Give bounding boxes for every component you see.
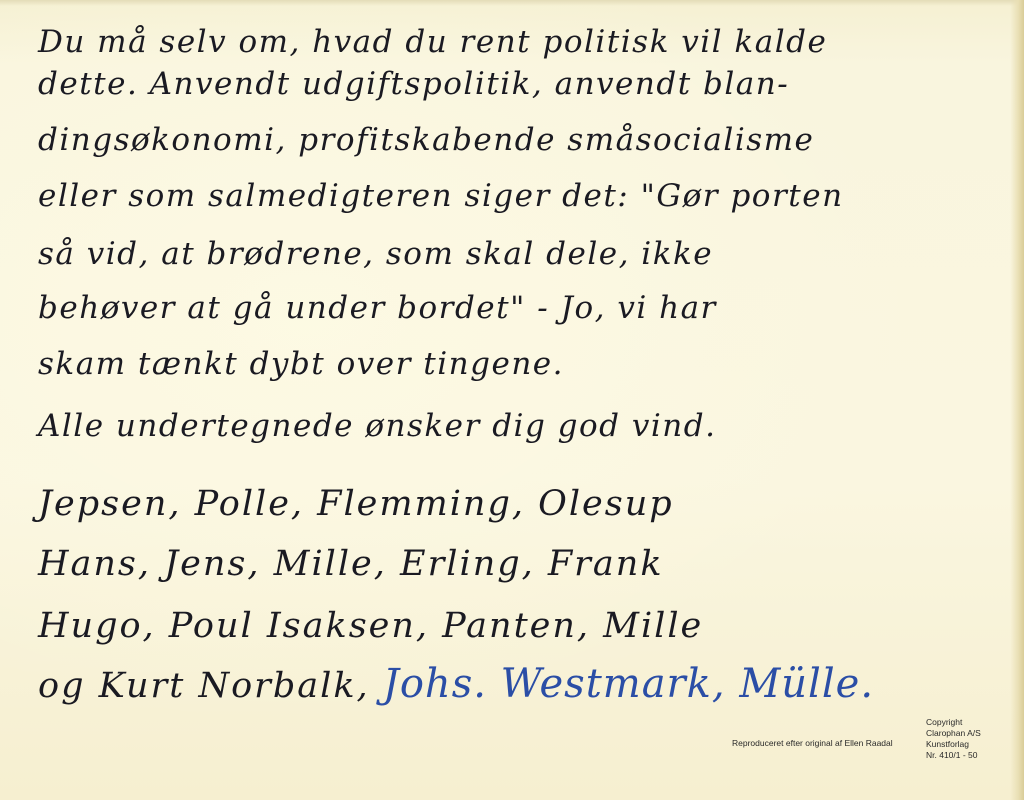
blue-ink-signature: Johs. Westmark, Mülle. xyxy=(383,661,874,707)
signature-line-2: Hans, Jens, Mille, Erling, Frank xyxy=(38,544,664,584)
copyright-line-1: Copyright xyxy=(926,717,981,728)
paper-top-edge xyxy=(0,0,1024,6)
signature-line-3: Hugo, Poul Isaksen, Panten, Mille xyxy=(38,606,703,646)
closing-line: Alle undertegnede ønsker dig god vind. xyxy=(38,406,716,446)
copyright-line-2: Clarophan A/S xyxy=(926,728,981,739)
letter-line-6: behøver at gå under bordet" - Jo, vi har xyxy=(38,288,717,328)
copyright-line-4: Nr. 410/1 - 50 xyxy=(926,750,981,761)
letter-line-5: så vid, at brødrene, som skal dele, ikke xyxy=(38,234,713,274)
signature-line-1: Jepsen, Polle, Flemming, Olesup xyxy=(38,484,674,524)
letter-line-2: dette. Anvendt udgiftspolitik, anvendt b… xyxy=(38,64,789,104)
reproduction-credit: Reproduceret efter original af Ellen Raa… xyxy=(732,738,893,748)
copyright-block: Copyright Clarophan A/S Kunstforlag Nr. … xyxy=(926,717,981,761)
signature-line-4-text: og Kurt Norbalk, xyxy=(38,666,370,706)
letter-line-4: eller som salmedigteren siger det: "Gør … xyxy=(38,176,844,216)
letter-line-1: Du må selv om, hvad du rent politisk vil… xyxy=(38,22,827,62)
letter-line-3: dingsøkonomi, profitskabende småsocialis… xyxy=(38,120,814,160)
signature-line-4: og Kurt Norbalk, Johs. Westmark, Mülle. xyxy=(38,664,874,706)
copyright-line-3: Kunstforlag xyxy=(926,739,981,750)
paper-right-edge xyxy=(1010,0,1024,800)
letter-line-7: skam tænkt dybt over tingene. xyxy=(38,344,564,384)
